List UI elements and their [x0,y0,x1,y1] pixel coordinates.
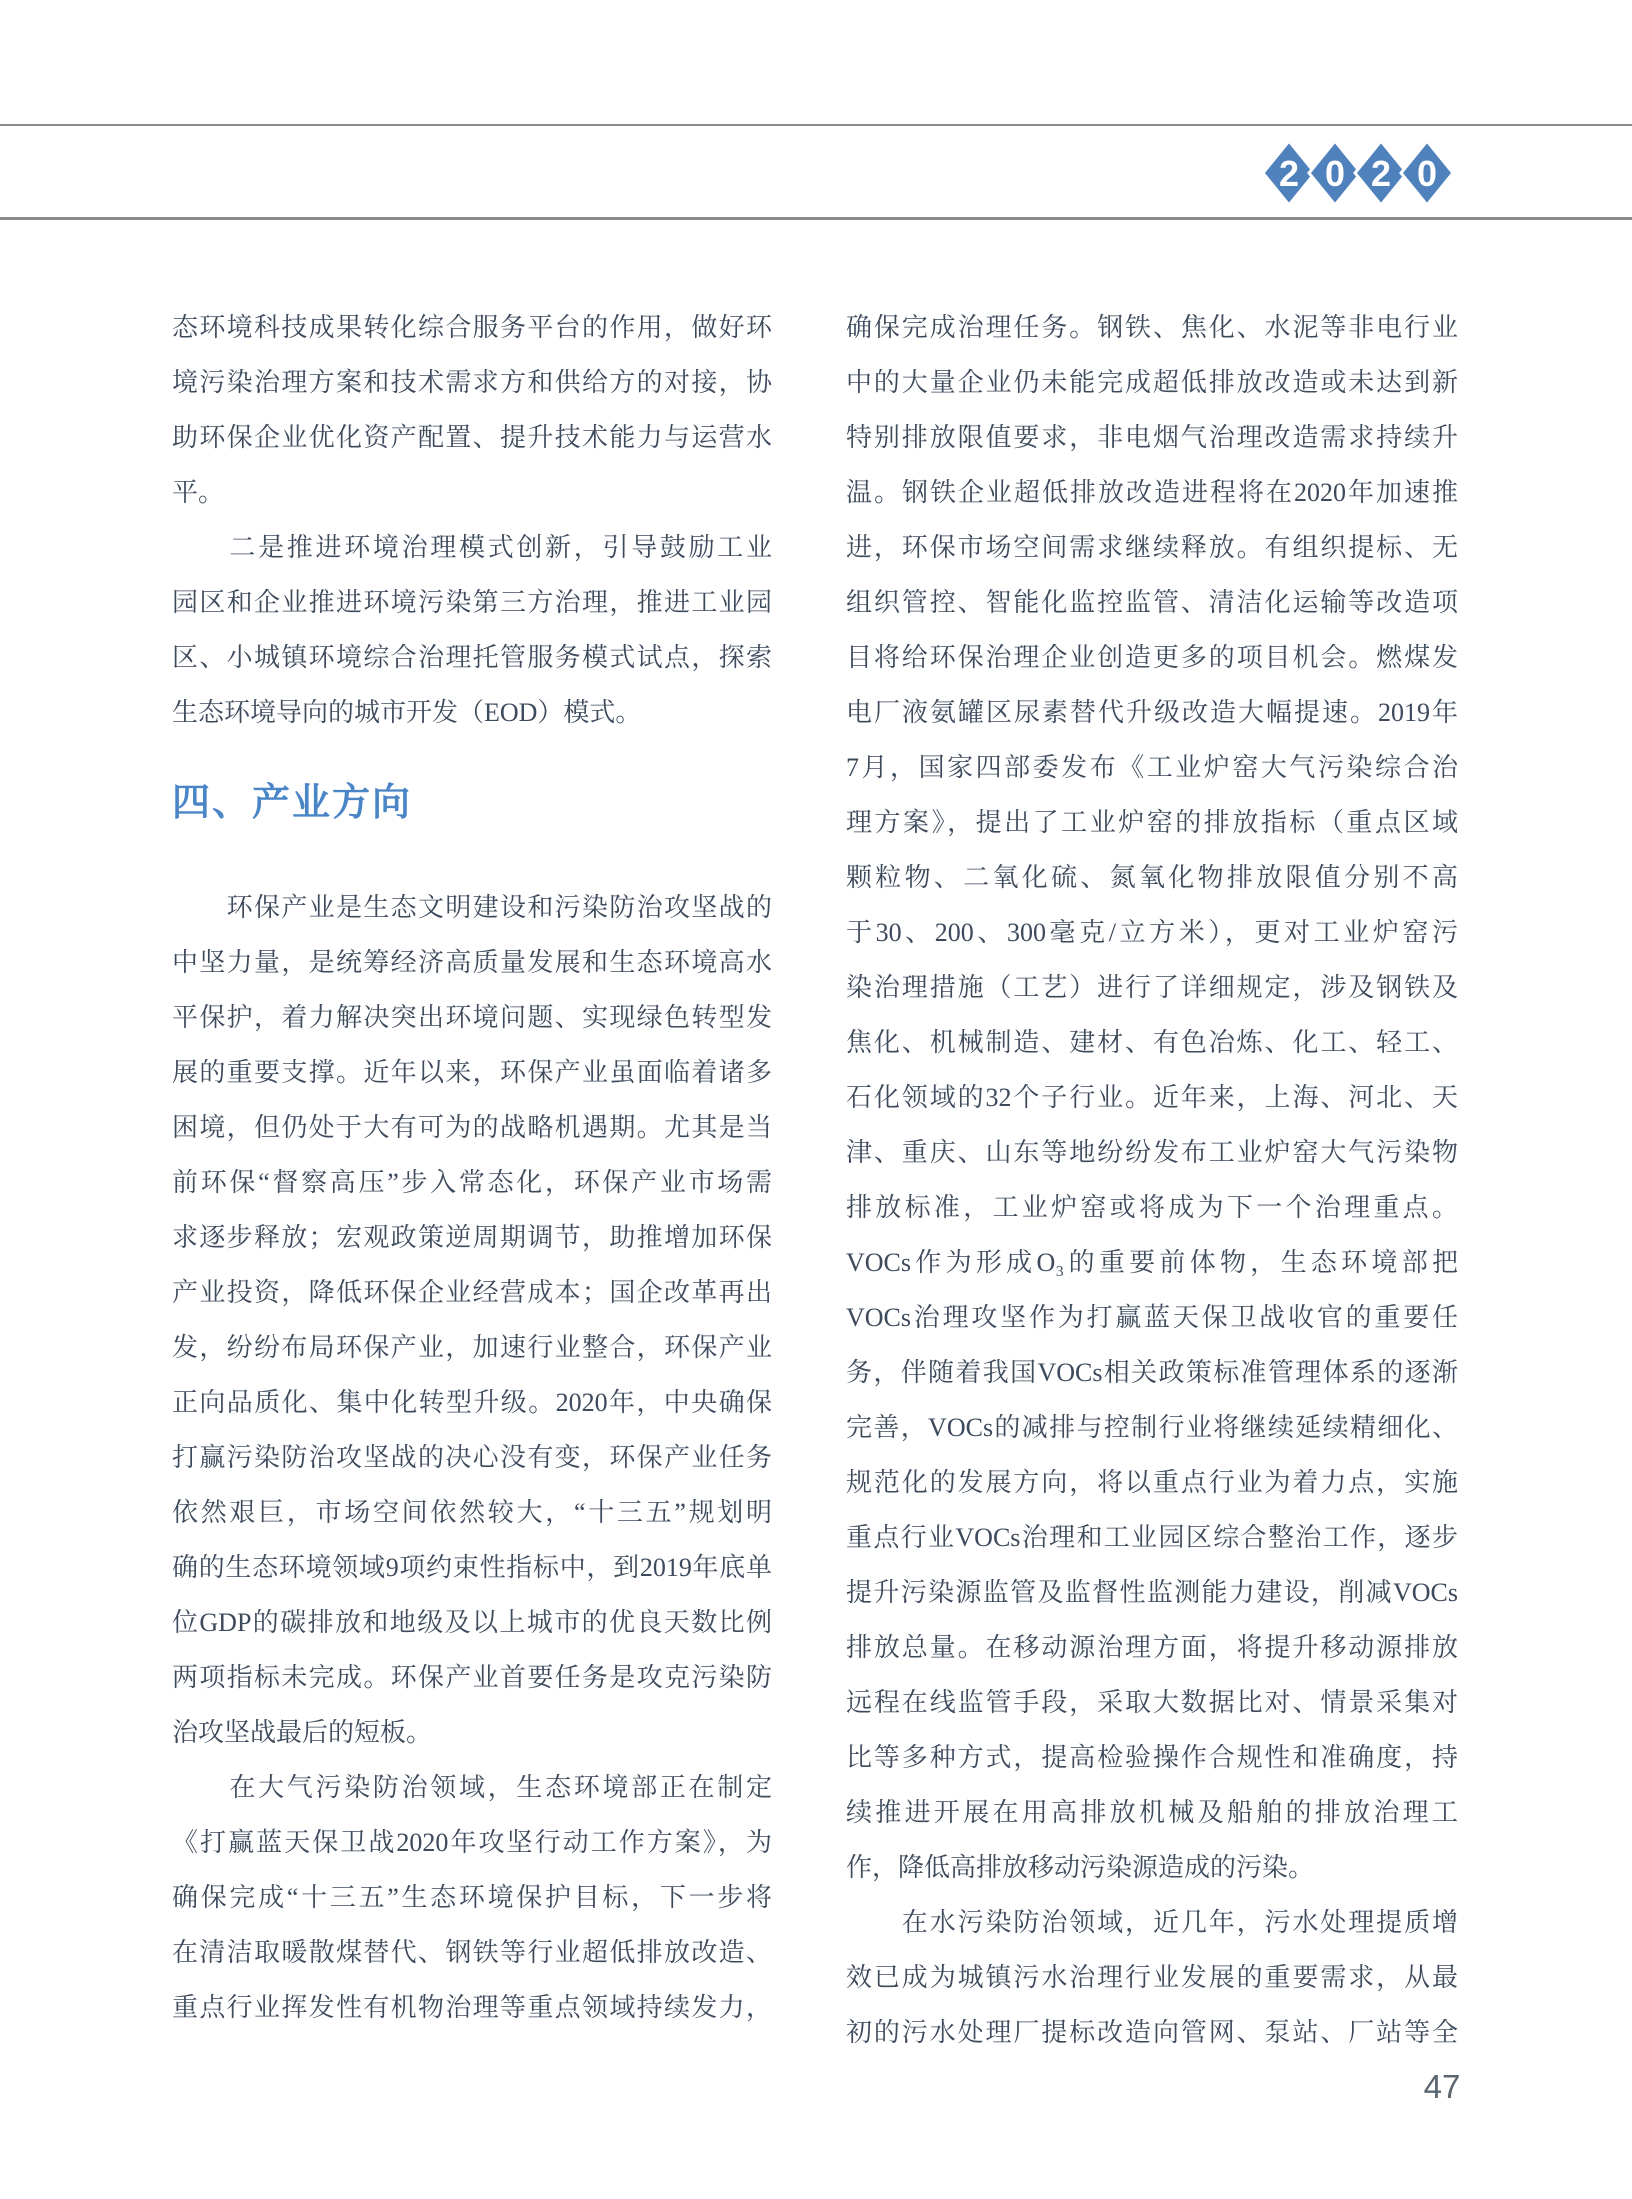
text-line: 在清洁取暖散煤替代、钢铁等行业超低排放改造、 [172,1925,772,1980]
logo-digit: 0 [1325,153,1345,194]
text-line: 中坚力量，是统筹经济高质量发展和生态环境高水 [172,935,772,990]
text-line: 在大气污染防治领域，生态环境部正在制定 [172,1760,772,1815]
text-line: 在水污染防治领域，近几年，污水处理提质增 [846,1895,1458,1950]
text-line: 依然艰巨，市场空间依然较大，“十三五”规划明 [172,1485,772,1540]
text-line: 区、小城镇环境综合治理托管服务模式试点，探索 [172,630,772,685]
text-line: 平保护，着力解决突出环境问题、实现绿色转型发 [172,990,772,1045]
text-line: 治攻坚战最后的短板。 [172,1705,772,1760]
text-line: 组织管控、智能化监控监管、清洁化运输等改造项 [846,575,1458,630]
text-line: 提升污染源监管及监督性监测能力建设，削减VOCs [846,1565,1458,1620]
text-line: 展的重要支撑。近年以来，环保产业虽面临着诸多 [172,1045,772,1100]
text-line: 进，环保市场空间需求继续释放。有组织提标、无 [846,520,1458,575]
text-line: 焦化、机械制造、建材、有色冶炼、化工、轻工、 [846,1015,1458,1070]
text-line: 确的生态环境领域9项约束性指标中，到2019年底单 [172,1540,772,1595]
text-line: 效已成为城镇污水治理行业发展的重要需求，从最 [846,1950,1458,2005]
header-bottom-rule [0,217,1632,220]
text-line: 重点行业VOCs治理和工业园区综合整治工作，逐步 [846,1510,1458,1565]
text-line: 产业投资，降低环保企业经营成本；国企改革再出 [172,1265,772,1320]
text-line: 温。钢铁企业超低排放改造进程将在2020年加速推 [846,465,1458,520]
text-line: 确保完成治理任务。钢铁、焦化、水泥等非电行业 [846,300,1458,355]
text-line: 排放总量。在移动源治理方面，将提升移动源排放 [846,1620,1458,1675]
text-line: 确保完成“十三五”生态环境保护目标，下一步将 [172,1870,772,1925]
text-line: 平。 [172,465,772,520]
text-line: 作，降低高排放移动污染源造成的污染。 [846,1840,1458,1895]
header-top-rule [0,124,1632,126]
text-line: 远程在线监管手段，采取大数据比对、情景采集对 [846,1675,1458,1730]
text-line: 颗粒物、二氧化硫、氮氧化物排放限值分别不高 [846,850,1458,905]
logo-digit: 2 [1371,153,1391,194]
text-line: 环保产业是生态文明建设和污染防治攻坚战的 [172,880,772,935]
section-heading: 四、产业方向 [172,778,772,828]
text-line: 求逐步释放；宏观政策逆周期调节，助推增加环保 [172,1210,772,1265]
text-line: 7月，国家四部委发布《工业炉窑大气污染综合治 [846,740,1458,795]
text-line: 石化领域的32个子行业。近年来，上海、河北、天 [846,1070,1458,1125]
text-line: 园区和企业推进环境污染第三方治理，推进工业园 [172,575,772,630]
text-line: 位GDP的碳排放和地级及以上城市的优良天数比例 [172,1595,772,1650]
text-line: 重点行业挥发性有机物治理等重点领域持续发力， [172,1980,772,2035]
text-line: 中的大量企业仍未能完成超低排放改造或未达到新 [846,355,1458,410]
text-line: 理方案》，提出了工业炉窑的排放指标（重点区域 [846,795,1458,850]
page-number: 47 [1412,2068,1472,2106]
text-line: 两项指标未完成。环保产业首要任务是攻克污染防 [172,1650,772,1705]
document-page: { "colors": { "accent_blue": "#4F81BD", … [0,0,1632,2199]
text-line: 完善，VOCs的减排与控制行业将继续延续精细化、 [846,1400,1458,1455]
text-line: 态环境科技成果转化综合服务平台的作用，做好环 [172,300,772,355]
logo-digit: 0 [1417,153,1437,194]
text-line: 初的污水处理厂提标改造向管网、泵站、厂站等全 [846,2005,1458,2060]
year-2020-logo: 2 0 2 0 [1256,138,1462,208]
text-line: 发，纷纷布局环保产业，加速行业整合，环保产业 [172,1320,772,1375]
text-line: 二是推进环境治理模式创新，引导鼓励工业 [172,520,772,575]
text-line: 染治理措施（工艺）进行了详细规定，涉及钢铁及 [846,960,1458,1015]
text-line: 《打赢蓝天保卫战2020年攻坚行动工作方案》，为 [172,1815,772,1870]
text-line: 正向品质化、集中化转型升级。2020年，中央确保 [172,1375,772,1430]
text-line: 目将给环保治理企业创造更多的项目机会。燃煤发 [846,630,1458,685]
text-line: 续推进开展在用高排放机械及船舶的排放治理工 [846,1785,1458,1840]
left-text-column: 态环境科技成果转化综合服务平台的作用，做好环境污染治理方案和技术需求方和供给方的… [172,300,772,2035]
text-line: 于30、200、300毫克/立方米），更对工业炉窑污 [846,905,1458,960]
text-line: 境污染治理方案和技术需求方和供给方的对接，协 [172,355,772,410]
text-line: VOCs作为形成O₃的重要前体物，生态环境部把 [846,1235,1458,1290]
text-line: 规范化的发展方向，将以重点行业为着力点，实施 [846,1455,1458,1510]
text-line: 特别排放限值要求，非电烟气治理改造需求持续升 [846,410,1458,465]
text-line: 生态环境导向的城市开发（EOD）模式。 [172,685,772,740]
text-line: 务，伴随着我国VOCs相关政策标准管理体系的逐渐 [846,1345,1458,1400]
right-text-column: 确保完成治理任务。钢铁、焦化、水泥等非电行业中的大量企业仍未能完成超低排放改造或… [846,300,1458,2060]
text-line: 前环保“督察高压”步入常态化，环保产业市场需 [172,1155,772,1210]
text-line: 困境，但仍处于大有可为的战略机遇期。尤其是当 [172,1100,772,1155]
text-line: VOCs治理攻坚作为打赢蓝天保卫战收官的重要任 [846,1290,1458,1345]
logo-digit: 2 [1279,153,1299,194]
text-line: 津、重庆、山东等地纷纷发布工业炉窑大气污染物 [846,1125,1458,1180]
text-line: 比等多种方式，提高检验操作合规性和准确度，持 [846,1730,1458,1785]
text-line: 打赢污染防治攻坚战的决心没有变，环保产业任务 [172,1430,772,1485]
text-line: 排放标准，工业炉窑或将成为下一个治理重点。 [846,1180,1458,1235]
text-line: 电厂液氨罐区尿素替代升级改造大幅提速。2019年 [846,685,1458,740]
text-line: 助环保企业优化资产配置、提升技术能力与运营水 [172,410,772,465]
